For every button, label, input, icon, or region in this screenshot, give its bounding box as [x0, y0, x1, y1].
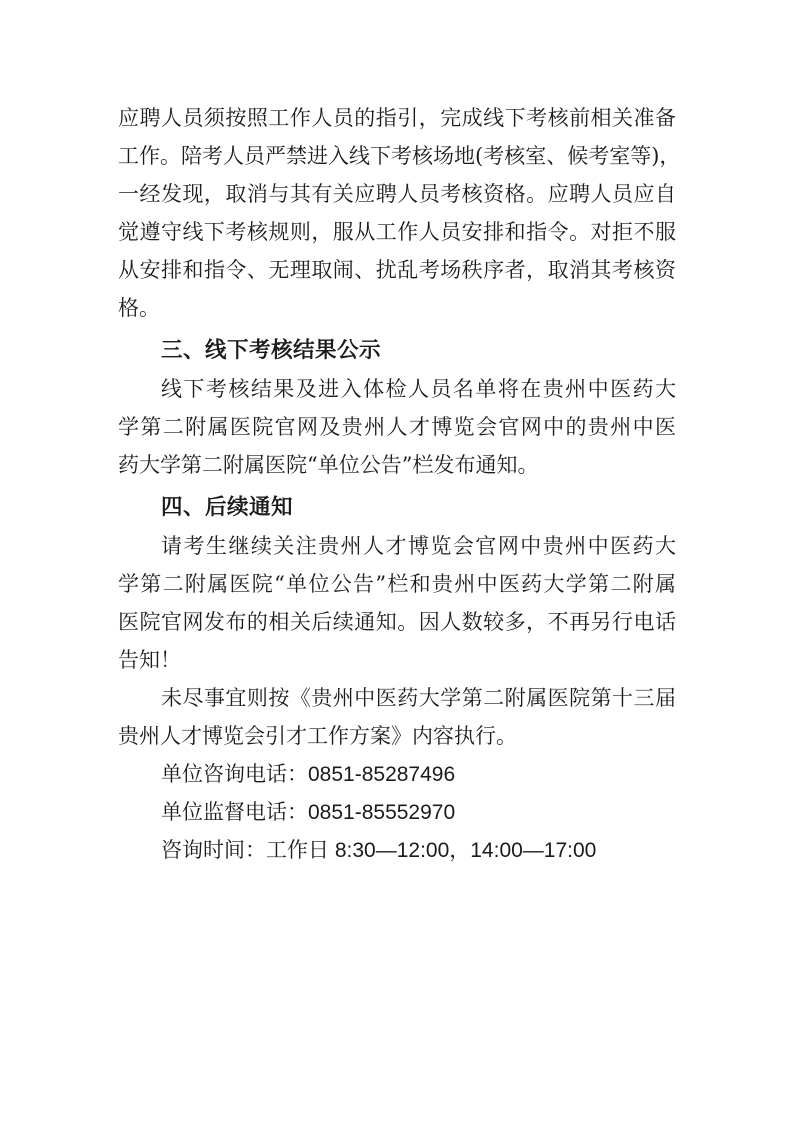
contact-consult-phone-line: 单位咨询电话：0851-85287496: [118, 755, 676, 793]
section-heading-result-publicity: 三、线下考核结果公示: [118, 332, 676, 370]
contact-consult-phone-number: 0851-85287496: [308, 763, 455, 786]
paragraph-followup-notice: 请考生继续关注贵州人才博览会官网中贵州中医药大 学第二附属医院“单位公告”栏和贵…: [118, 527, 676, 679]
document-page: 应聘人员须按照工作人员的指引，完成线下考核前相关准备 工作。陪考人员严禁进入线下…: [0, 0, 793, 1122]
contact-supervise-phone-label: 单位监督电话：: [161, 800, 308, 824]
contact-supervise-phone-number: 0851-85552970: [308, 801, 455, 824]
text-line: 药大学第二附属医院“单位公告”栏发布通知。: [118, 446, 676, 484]
contact-info-block: 单位咨询电话：0851-85287496 单位监督电话：0851-8555297…: [118, 755, 676, 869]
text-line: 贵州人才博览会引才工作方案》内容执行。: [118, 717, 676, 755]
text-line: 觉遵守线下考核规则，服从工作人员安排和指令。对拒不服: [118, 213, 676, 251]
contact-consult-time-label: 咨询时间：: [161, 838, 266, 862]
text-line: 告知！: [118, 641, 676, 679]
paragraph-unfinished-matters: 未尽事宜则按《贵州中医药大学第二附属医院第十三届 贵州人才博览会引才工作方案》内…: [118, 679, 676, 755]
text-line: 从安排和指令、无理取闹、扰乱考场秩序者，取消其考核资: [118, 251, 676, 289]
text-line: 应聘人员须按照工作人员的指引，完成线下考核前相关准备: [118, 99, 676, 137]
contact-consult-time-value: 工作日 8:30—12:00，14:00—17:00: [266, 839, 596, 862]
text-line: 未尽事宜则按《贵州中医药大学第二附属医院第十三届: [118, 679, 676, 717]
contact-consult-phone-label: 单位咨询电话：: [161, 762, 308, 786]
paragraph-offline-exam-rules: 应聘人员须按照工作人员的指引，完成线下考核前相关准备 工作。陪考人员严禁进入线下…: [118, 99, 676, 327]
text-line: 一经发现，取消与其有关应聘人员考核资格。应聘人员应自: [118, 175, 676, 213]
text-line: 格。: [118, 289, 676, 327]
text-line: 请考生继续关注贵州人才博览会官网中贵州中医药大: [118, 527, 676, 565]
text-line: 学第二附属医院“单位公告”栏和贵州中医药大学第二附属: [118, 565, 676, 603]
contact-consult-time-line: 咨询时间：工作日 8:30—12:00，14:00—17:00: [118, 831, 676, 869]
contact-supervise-phone-line: 单位监督电话：0851-85552970: [118, 793, 676, 831]
paragraph-result-publicity: 线下考核结果及进入体检人员名单将在贵州中医药大 学第二附属医院官网及贵州人才博览…: [118, 370, 676, 484]
text-line: 医院官网发布的相关后续通知。因人数较多，不再另行电话: [118, 603, 676, 641]
text-line: 工作。陪考人员严禁进入线下考核场地(考核室、候考室等)，: [118, 137, 676, 175]
text-line: 线下考核结果及进入体检人员名单将在贵州中医药大: [118, 370, 676, 408]
section-heading-followup-notice: 四、后续通知: [118, 489, 676, 527]
text-line: 学第二附属医院官网及贵州人才博览会官网中的贵州中医: [118, 408, 676, 446]
